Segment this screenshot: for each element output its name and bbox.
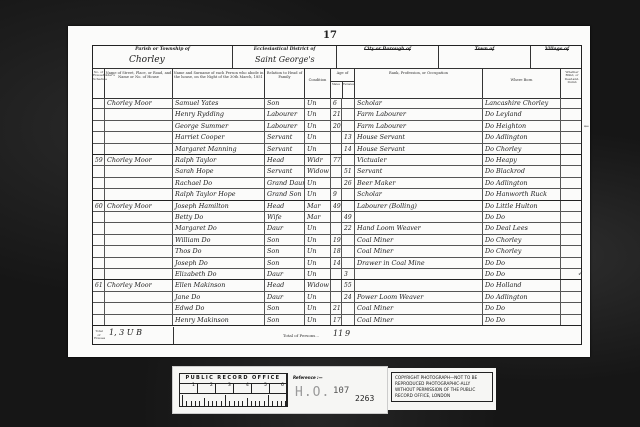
cell-name: Rachael Do bbox=[173, 178, 265, 188]
cell-occupation: House Servant bbox=[355, 132, 483, 142]
cell-street: Chorley Moor bbox=[105, 201, 173, 211]
cell-street bbox=[105, 178, 173, 188]
cell-born: Do Chorley bbox=[483, 144, 561, 154]
cell-street bbox=[105, 121, 173, 131]
cell-born: Do Deal Lees bbox=[483, 223, 561, 233]
cell-female bbox=[342, 155, 355, 165]
cell-male: 14 bbox=[331, 258, 342, 268]
cell-street bbox=[105, 189, 173, 199]
district-header: Parish or Township of Chorley Ecclesiast… bbox=[93, 46, 581, 69]
reference-label: Reference :— bbox=[293, 375, 323, 380]
cell-condition: Un bbox=[305, 98, 331, 108]
cell-schedule bbox=[93, 315, 105, 325]
cell-schedule bbox=[93, 246, 105, 256]
ruler-number: 5 bbox=[264, 383, 267, 388]
cell-condition: Widow bbox=[305, 166, 331, 176]
parish-value: Chorley bbox=[129, 55, 165, 65]
cell-blind bbox=[561, 258, 583, 268]
reference-class: H.O. bbox=[295, 385, 330, 400]
cell-street bbox=[105, 258, 173, 268]
cell-schedule bbox=[93, 189, 105, 199]
cell-relation: Son bbox=[265, 315, 305, 325]
cell-condition: Un bbox=[305, 269, 331, 279]
cell-relation: Head bbox=[265, 201, 305, 211]
cell-name: Thos Do bbox=[173, 246, 265, 256]
cell-name: George Summer bbox=[173, 121, 265, 131]
cell-relation: Daur bbox=[265, 269, 305, 279]
cell-male: 21 bbox=[331, 303, 342, 313]
cell-condition: Widr bbox=[305, 155, 331, 165]
cell-blind bbox=[561, 144, 583, 154]
cell-relation: Servant bbox=[265, 132, 305, 142]
column-headers: No. of Householder's Schedule Name of St… bbox=[93, 68, 581, 99]
cell-condition: Un bbox=[305, 109, 331, 119]
cell-blind bbox=[561, 178, 583, 188]
city-label: City or Borough of bbox=[337, 47, 438, 52]
table-row: Margaret ManningServantUn14House Servant… bbox=[93, 144, 581, 155]
cell-condition: Un bbox=[305, 258, 331, 268]
cell-name: Ralph Taylor bbox=[173, 155, 265, 165]
cell-female bbox=[342, 315, 355, 325]
cell-female bbox=[342, 189, 355, 199]
cell-blind bbox=[561, 235, 583, 245]
cell-schedule bbox=[93, 258, 105, 268]
cell-street bbox=[105, 166, 173, 176]
cell-street bbox=[105, 144, 173, 154]
cell-male bbox=[331, 132, 342, 142]
cell-schedule bbox=[93, 109, 105, 119]
cell-female bbox=[342, 303, 355, 313]
cell-name: Sarah Hope bbox=[173, 166, 265, 176]
cell-born: Do Chorley bbox=[483, 246, 561, 256]
cell-male bbox=[331, 223, 342, 233]
cell-condition: Un bbox=[305, 223, 331, 233]
cell-relation: Son bbox=[265, 235, 305, 245]
cell-schedule bbox=[93, 178, 105, 188]
cell-occupation: Servant bbox=[355, 166, 483, 176]
cell-born: Do Little Hulton bbox=[483, 201, 561, 211]
ruler-ticks bbox=[180, 393, 286, 407]
cell-born: Do Adlington bbox=[483, 178, 561, 188]
cell-occupation: Farm Labourer bbox=[355, 121, 483, 131]
cell-blind bbox=[561, 303, 583, 313]
cell-name: Edwd Do bbox=[173, 303, 265, 313]
cell-schedule bbox=[93, 303, 105, 313]
cell-blind bbox=[561, 201, 583, 211]
table-row: Henry RyddingLabourerUn21Farm LabourerDo… bbox=[93, 109, 581, 120]
col-age-females: Females bbox=[343, 83, 354, 87]
cell-male bbox=[331, 269, 342, 279]
houses-total-label: Total of Houses bbox=[94, 330, 104, 341]
cell-schedule bbox=[93, 212, 105, 222]
cell-schedule bbox=[93, 121, 105, 131]
table-row: Harriet CooperServantUn13House ServantDo… bbox=[93, 132, 581, 143]
cell-occupation bbox=[355, 212, 483, 222]
persons-total-label: Total of Persons... bbox=[283, 333, 319, 338]
cell-schedule bbox=[93, 223, 105, 233]
cell-street bbox=[105, 223, 173, 233]
table-row: 59Chorley MoorRalph TaylorHeadWidr77Vict… bbox=[93, 155, 581, 166]
cell-female bbox=[342, 258, 355, 268]
cell-female: 51 bbox=[342, 166, 355, 176]
ruler-number: 1 bbox=[192, 383, 195, 388]
city-cell: City or Borough of bbox=[337, 46, 439, 68]
cell-blind bbox=[561, 132, 583, 142]
cell-occupation: Beer Maker bbox=[355, 178, 483, 188]
cell-born: Do Adlington bbox=[483, 132, 561, 142]
cell-street bbox=[105, 109, 173, 119]
cell-schedule bbox=[93, 144, 105, 154]
col-relation: Relation to Head of Family bbox=[265, 68, 305, 98]
cell-condition: Un bbox=[305, 235, 331, 245]
table-row: Edwd DoSonUn21Coal MinerDo Do bbox=[93, 303, 581, 314]
cell-occupation: Labourer (Bolling) bbox=[355, 201, 483, 211]
cell-relation: Wife bbox=[265, 212, 305, 222]
table-row: Chorley MoorSamuel YatesSonUn6ScholarLan… bbox=[93, 98, 581, 109]
village-cell: Village of bbox=[531, 46, 583, 68]
table-row: Joseph DoSonUn14Drawer in Coal MineDo Do bbox=[93, 258, 581, 269]
cell-male: 9 bbox=[331, 189, 342, 199]
cell-born: Do Do bbox=[483, 315, 561, 325]
cell-relation: Head bbox=[265, 280, 305, 290]
cell-male bbox=[331, 212, 342, 222]
copyright-text: COPYRIGHT PHOTOGRAPH—NOT TO BE REPRODUCE… bbox=[391, 372, 493, 402]
cell-street bbox=[105, 315, 173, 325]
cell-schedule bbox=[93, 132, 105, 142]
cell-born: Do Leyland bbox=[483, 109, 561, 119]
cell-name: Jane Do bbox=[173, 292, 265, 302]
cell-female: 22 bbox=[342, 223, 355, 233]
table-row: Jane DoDaurUn24Power Loom WeaverDo Adlin… bbox=[93, 292, 581, 303]
cell-relation: Labourer bbox=[265, 109, 305, 119]
cell-condition: Un bbox=[305, 132, 331, 142]
ruler-number: 4 bbox=[246, 383, 249, 388]
table-row: George SummerLabourerUn20Farm LabourerDo… bbox=[93, 121, 581, 132]
ruler-number: 3 bbox=[228, 383, 231, 388]
cell-female: 26 bbox=[342, 178, 355, 188]
table-row: Ralph Taylor HopeGrand SonUn9ScholarDo H… bbox=[93, 189, 581, 200]
cell-born: Do Do bbox=[483, 212, 561, 222]
cell-born: Do Blackrod bbox=[483, 166, 561, 176]
cell-blind bbox=[561, 292, 583, 302]
cell-blind bbox=[561, 121, 583, 131]
margin-arrow-mark: ↙ bbox=[578, 270, 583, 277]
table-row: Henry MakinsonSonUn17Coal MinerDo Do bbox=[93, 315, 581, 326]
cell-born: Do Do bbox=[483, 269, 561, 279]
stamp-divider bbox=[287, 373, 288, 407]
cell-condition: Widow bbox=[305, 280, 331, 290]
cell-male bbox=[331, 280, 342, 290]
totals-row: Total of Houses 1, 3 U B Total of Person… bbox=[93, 327, 581, 343]
cell-occupation: Drawer in Coal Mine bbox=[355, 258, 483, 268]
cell-schedule: 61 bbox=[93, 280, 105, 290]
cell-street: Chorley Moor bbox=[105, 98, 173, 108]
table-row: William DoSonUn19Coal MinerDo Chorley bbox=[93, 235, 581, 246]
cell-born: Do Heighton bbox=[483, 121, 561, 131]
cell-name: Henry Makinson bbox=[173, 315, 265, 325]
cell-name: Ralph Taylor Hope bbox=[173, 189, 265, 199]
table-row: Sarah HopeServantWidow51ServantDo Blackr… bbox=[93, 166, 581, 177]
cell-street: Chorley Moor bbox=[105, 155, 173, 165]
persons-total-female: 9 bbox=[345, 329, 350, 338]
cell-condition: Un bbox=[305, 246, 331, 256]
cell-occupation: Power Loom Weaver bbox=[355, 292, 483, 302]
cell-occupation: House Servant bbox=[355, 144, 483, 154]
cell-male: 19 bbox=[331, 235, 342, 245]
cell-name: Joseph Hamilton bbox=[173, 201, 265, 211]
cell-schedule bbox=[93, 292, 105, 302]
cell-male: 17 bbox=[331, 315, 342, 325]
cell-name: Elizabeth Do bbox=[173, 269, 265, 279]
cell-relation: Head bbox=[265, 155, 305, 165]
cell-schedule bbox=[93, 166, 105, 176]
cell-relation: Son bbox=[265, 258, 305, 268]
cell-street bbox=[105, 235, 173, 245]
cell-male: 49 bbox=[331, 201, 342, 211]
cell-name: Joseph Do bbox=[173, 258, 265, 268]
col-born: Where Born bbox=[483, 68, 561, 98]
cell-name: Harriet Cooper bbox=[173, 132, 265, 142]
cell-born: Do Do bbox=[483, 303, 561, 313]
cell-occupation: Farm Labourer bbox=[355, 109, 483, 119]
cell-female bbox=[342, 235, 355, 245]
cell-female bbox=[342, 201, 355, 211]
cell-condition: Mar bbox=[305, 201, 331, 211]
table-row: Betty DoWifeMar49Do Do bbox=[93, 212, 581, 223]
cell-occupation bbox=[355, 269, 483, 279]
cell-born: Do Hanworth Ruck bbox=[483, 189, 561, 199]
cell-occupation: Coal Miner bbox=[355, 235, 483, 245]
ruler-number: 2 bbox=[210, 383, 213, 388]
cell-street bbox=[105, 212, 173, 222]
cell-male: 21 bbox=[331, 109, 342, 119]
cell-name: Henry Rydding bbox=[173, 109, 265, 119]
cell-name: William Do bbox=[173, 235, 265, 245]
cell-female bbox=[342, 98, 355, 108]
cell-female: 49 bbox=[342, 212, 355, 222]
cell-female bbox=[342, 121, 355, 131]
cell-name: Samuel Yates bbox=[173, 98, 265, 108]
cell-male bbox=[331, 178, 342, 188]
cell-condition: Un bbox=[305, 178, 331, 188]
cell-occupation: Victualer bbox=[355, 155, 483, 165]
table-row: Margaret DoDaurUn22Hand Loom WeaverDo De… bbox=[93, 223, 581, 234]
cell-male: 18 bbox=[331, 246, 342, 256]
col-blind: Whether Blind, or Deaf-and-Dumb bbox=[561, 68, 583, 98]
cell-name: Margaret Do bbox=[173, 223, 265, 233]
cell-occupation: Hand Loom Weaver bbox=[355, 223, 483, 233]
cell-blind bbox=[561, 109, 583, 119]
ruler-number: 6 bbox=[281, 383, 284, 388]
ruler-box: PUBLIC RECORD OFFICE 1 2 3 4 5 6 bbox=[179, 373, 287, 407]
cell-occupation: Coal Miner bbox=[355, 246, 483, 256]
cell-street bbox=[105, 132, 173, 142]
cell-condition: Un bbox=[305, 292, 331, 302]
col-name: Name and Surname of each Person who abod… bbox=[173, 68, 265, 98]
cell-schedule bbox=[93, 98, 105, 108]
cell-street bbox=[105, 292, 173, 302]
cell-blind bbox=[561, 223, 583, 233]
cell-street bbox=[105, 303, 173, 313]
ecclesiastical-label: Ecclesiastical District of bbox=[233, 47, 336, 52]
cell-occupation: Scholar bbox=[355, 98, 483, 108]
age-mid-divider bbox=[342, 81, 343, 98]
cell-blind bbox=[561, 155, 583, 165]
cell-born: Do Adlington bbox=[483, 292, 561, 302]
cell-street bbox=[105, 246, 173, 256]
cell-blind bbox=[561, 212, 583, 222]
cell-condition: Un bbox=[305, 315, 331, 325]
col-condition: Condition bbox=[305, 68, 331, 98]
cell-born: Do Holland bbox=[483, 280, 561, 290]
col-age-males: Males bbox=[332, 83, 340, 87]
table-row: Rachael DoGrand DaurUn26Beer MakerDo Adl… bbox=[93, 178, 581, 189]
cell-female: 14 bbox=[342, 144, 355, 154]
parish-label: Parish or Township of bbox=[93, 47, 232, 52]
cell-born: Lancashire Chorley bbox=[483, 98, 561, 108]
cell-blind bbox=[561, 189, 583, 199]
cell-relation: Labourer bbox=[265, 121, 305, 131]
page-number: 17 bbox=[323, 30, 337, 41]
table-row: Elizabeth DoDaurUn3Do Do bbox=[93, 269, 581, 280]
cell-schedule: 59 bbox=[93, 155, 105, 165]
cell-street: Chorley Moor bbox=[105, 280, 173, 290]
ecclesiastical-cell: Ecclesiastical District of Saint George'… bbox=[233, 46, 337, 68]
cell-male bbox=[331, 292, 342, 302]
town-cell: Town of bbox=[439, 46, 531, 68]
cell-female bbox=[342, 246, 355, 256]
village-label: Village of bbox=[531, 47, 583, 52]
cell-schedule bbox=[93, 269, 105, 279]
cell-occupation bbox=[355, 280, 483, 290]
cell-male: 6 bbox=[331, 98, 342, 108]
cell-occupation: Coal Miner bbox=[355, 303, 483, 313]
cell-female: 3 bbox=[342, 269, 355, 279]
col-age-label: Age of bbox=[337, 71, 349, 75]
ecclesiastical-value: Saint George's bbox=[255, 55, 315, 64]
cell-blind bbox=[561, 166, 583, 176]
cell-female bbox=[342, 109, 355, 119]
cell-street bbox=[105, 269, 173, 279]
col-street: Name of Street, Place, or Road, and Name… bbox=[105, 68, 173, 98]
cell-male: 20 bbox=[331, 121, 342, 131]
cell-condition: Mar bbox=[305, 212, 331, 222]
reference-number: 107 bbox=[333, 386, 349, 396]
census-sheet: Parish or Township of Chorley Ecclesiast… bbox=[92, 45, 582, 345]
piece-number: 2263 bbox=[355, 394, 374, 403]
cell-name: Betty Do bbox=[173, 212, 265, 222]
col-occupation: Rank, Profession, or Occupation bbox=[355, 68, 483, 98]
cell-relation: Servant bbox=[265, 144, 305, 154]
cell-schedule bbox=[93, 235, 105, 245]
cell-relation: Daur bbox=[265, 223, 305, 233]
cell-occupation: Scholar bbox=[355, 189, 483, 199]
cell-born: Do Do bbox=[483, 258, 561, 268]
cell-name: Ellen Makinson bbox=[173, 280, 265, 290]
cell-born: Do Chorley bbox=[483, 235, 561, 245]
town-label: Town of bbox=[439, 47, 530, 52]
cell-relation: Grand Son bbox=[265, 189, 305, 199]
cell-female: 24 bbox=[342, 292, 355, 302]
parish-cell: Parish or Township of Chorley bbox=[93, 46, 233, 68]
margin-arrow-mark: ← bbox=[584, 123, 589, 130]
cell-male bbox=[331, 166, 342, 176]
cell-male: 77 bbox=[331, 155, 342, 165]
public-record-office-stamp: PUBLIC RECORD OFFICE 1 2 3 4 5 6 Referen… bbox=[172, 366, 388, 414]
table-row: 60Chorley MoorJoseph HamiltonHeadMar49La… bbox=[93, 201, 581, 212]
persons-total-male: 11 bbox=[333, 329, 343, 338]
cell-condition: Un bbox=[305, 144, 331, 154]
cell-condition: Un bbox=[305, 303, 331, 313]
cell-female: 13 bbox=[342, 132, 355, 142]
cell-relation: Daur bbox=[265, 292, 305, 302]
cell-male bbox=[331, 144, 342, 154]
cell-relation: Grand Daur bbox=[265, 178, 305, 188]
cell-relation: Son bbox=[265, 303, 305, 313]
cell-born: Do Heapy bbox=[483, 155, 561, 165]
cell-relation: Son bbox=[265, 98, 305, 108]
table-row: Thos DoSonUn18Coal MinerDo Chorley bbox=[93, 246, 581, 257]
houses-total-value: 1, 3 U B bbox=[109, 328, 142, 337]
cell-blind bbox=[561, 315, 583, 325]
cell-name: Margaret Manning bbox=[173, 144, 265, 154]
cell-occupation: Coal Miner bbox=[355, 315, 483, 325]
table-row: 61Chorley MoorEllen MakinsonHeadWidow55D… bbox=[93, 280, 581, 291]
cell-condition: Un bbox=[305, 189, 331, 199]
cell-blind bbox=[561, 280, 583, 290]
cell-blind bbox=[561, 246, 583, 256]
cell-blind bbox=[561, 98, 583, 108]
cell-relation: Servant bbox=[265, 166, 305, 176]
cell-relation: Son bbox=[265, 246, 305, 256]
cell-female: 55 bbox=[342, 280, 355, 290]
cell-schedule: 60 bbox=[93, 201, 105, 211]
cell-condition: Un bbox=[305, 121, 331, 131]
col-schedule: No. of Householder's Schedule bbox=[93, 68, 105, 98]
col-age: Age of Males Females bbox=[331, 68, 355, 98]
copyright-notice: COPYRIGHT PHOTOGRAPH—NOT TO BE REPRODUCE… bbox=[388, 368, 496, 410]
